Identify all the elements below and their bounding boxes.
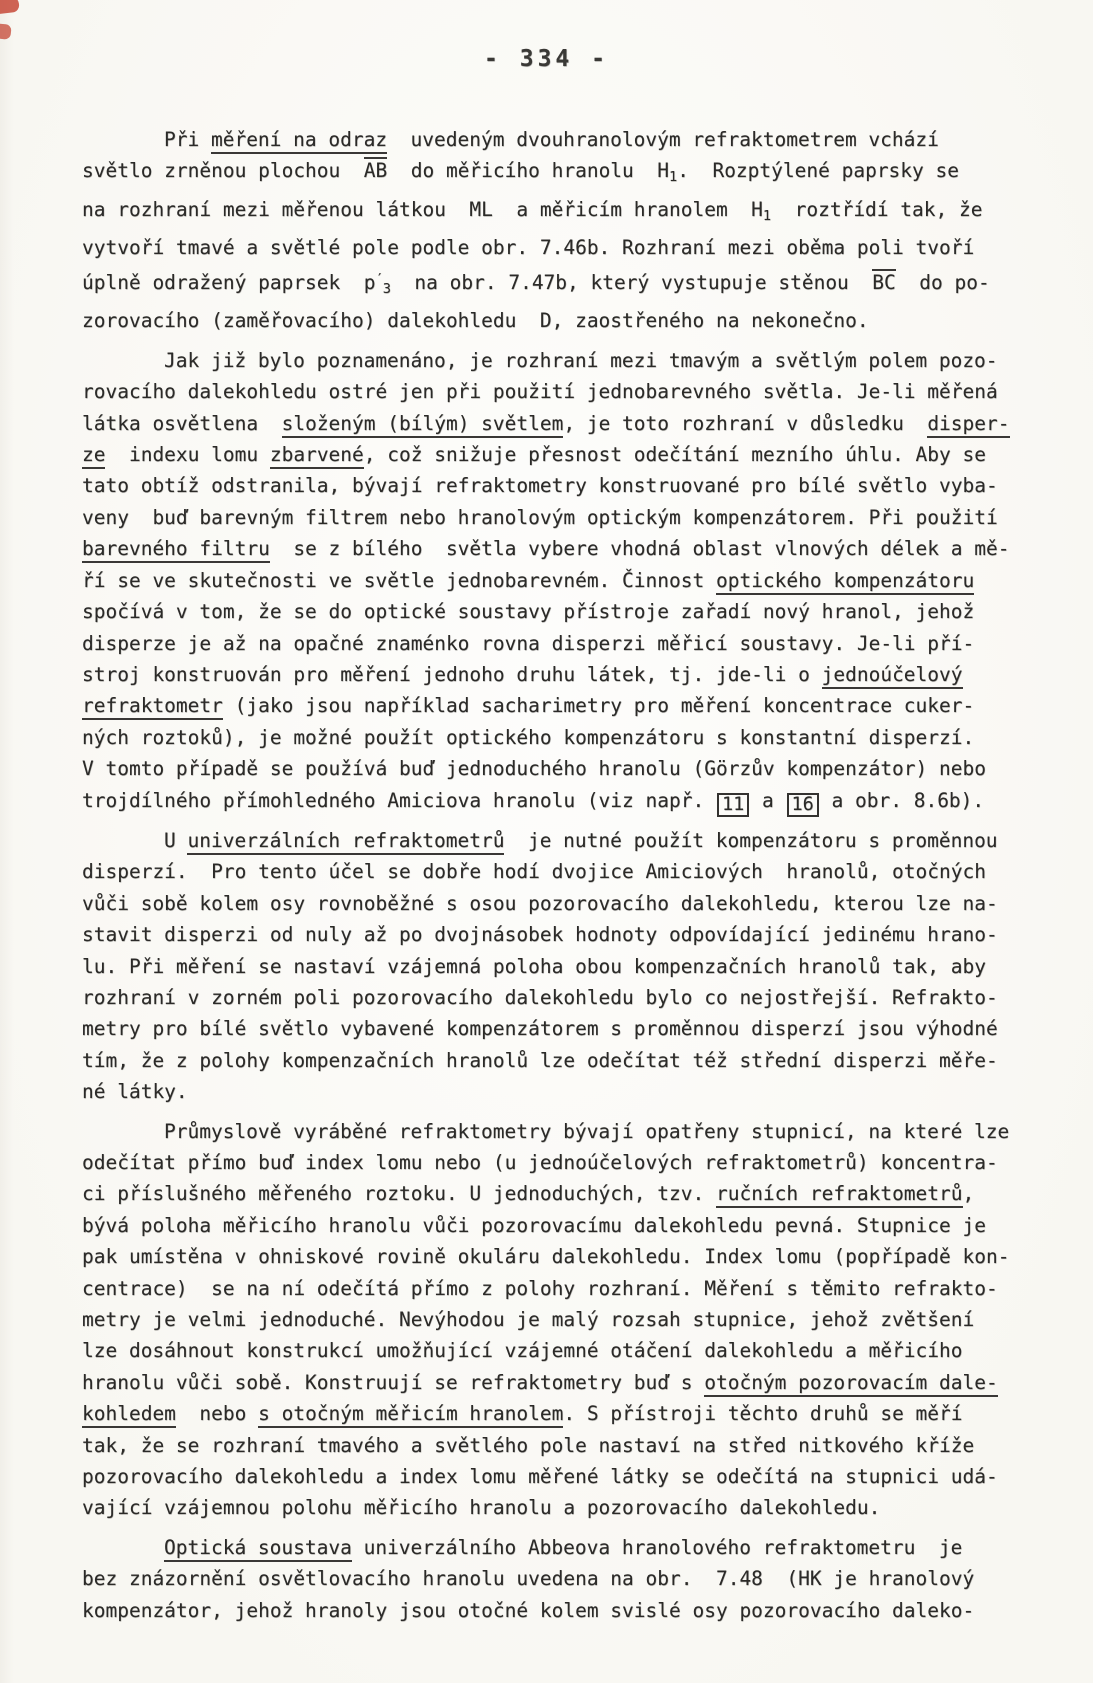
text-run: vající vzájemnou polohu měřicího hranolu… xyxy=(82,1496,880,1519)
text-run: né látky. xyxy=(82,1080,188,1103)
underlined-text: refraktometr xyxy=(82,694,223,720)
text-run: zorovacího (zaměřovacího) dalekohledu D,… xyxy=(82,309,869,332)
text-run: úplně odražený paprsek p xyxy=(82,271,376,294)
text-line: disperze je až na opačné znaménko rovna … xyxy=(82,628,1042,659)
underlined-text: barevného filtru xyxy=(82,537,270,563)
paragraph: Průmyslově vyráběné refraktometry bývají… xyxy=(82,1116,1042,1524)
page-number: - 334 - xyxy=(0,46,1093,72)
text-run: . Rozptýlené paprsky se xyxy=(677,159,959,182)
underlined-text: Optická soustava xyxy=(164,1536,352,1562)
scanned-page: - 334 - Při měření na odraz uvedeným dvo… xyxy=(0,0,1093,1683)
text-line: tak, že se rozhraní tmavého a světlého p… xyxy=(82,1430,1042,1461)
text-run: Při xyxy=(164,128,211,151)
text-line: Optická soustava univerzálního Abbeova h… xyxy=(82,1532,1042,1563)
subscript-text: 1 xyxy=(669,170,677,186)
text-run: světlo zrněnou plochou xyxy=(82,159,364,182)
underlined-text: optického kompenzátoru xyxy=(716,569,974,595)
text-line: Při měření na odraz uvedeným dvouhranolo… xyxy=(82,124,1042,155)
text-line: tím, že z polohy kompenzačních hranolů l… xyxy=(82,1045,1042,1076)
text-run: stavit disperzi od nuly až po dvojnásobe… xyxy=(82,923,998,946)
text-run: Jak již bylo poznamenáno, je rozhraní me… xyxy=(164,349,998,372)
text-run: stroj konstruován pro měření jednoho dru… xyxy=(82,663,822,686)
text-line: vytvoří tmavé a světlé pole podle obr. 7… xyxy=(82,232,1042,263)
text-line: trojdílného přímohledného Amiciova hrano… xyxy=(82,785,1042,817)
text-line: stavit disperzi od nuly až po dvojnásobe… xyxy=(82,919,1042,950)
text-line: barevného filtru se z bílého světla vybe… xyxy=(82,533,1042,564)
text-run: univerzálního Abbeova hranolového refrak… xyxy=(352,1536,962,1559)
text-run: hranolu vůči sobě. Konstruují se refrakt… xyxy=(82,1371,704,1394)
text-line: lze dosáhnout konstrukcí umožňující vzáj… xyxy=(82,1335,1042,1366)
text-line: Jak již bylo poznamenáno, je rozhraní me… xyxy=(82,345,1042,376)
paragraph: U univerzálních refraktometrů je nutné p… xyxy=(82,825,1042,1108)
text-run: tím, že z polohy kompenzačních hranolů l… xyxy=(82,1049,998,1072)
text-line: kohledem nebo s otočným měřicím hranolem… xyxy=(82,1398,1042,1429)
text-line: rovacího dalekohledu ostré jen při použi… xyxy=(82,376,1042,407)
text-run: rovacího dalekohledu ostré jen při použi… xyxy=(82,380,998,403)
text-line: U univerzálních refraktometrů je nutné p… xyxy=(82,825,1042,856)
text-line: ří se ve skutečnosti ve světle jednobare… xyxy=(82,565,1042,596)
text-line: V tomto případě se používá buď jednoduch… xyxy=(82,753,1042,784)
text-run: a xyxy=(750,789,785,812)
reference-box: 11 xyxy=(717,793,749,817)
text-run: kompenzátor, jehož hranoly jsou otočné k… xyxy=(82,1599,974,1622)
underlined-text: jednoúčelový xyxy=(822,663,963,689)
text-run: indexu lomu xyxy=(105,443,269,466)
text-run: na rozhraní mezi měřenou látkou ML a měř… xyxy=(82,198,763,221)
text-run: lze dosáhnout konstrukcí umožňující vzáj… xyxy=(82,1339,963,1362)
text-run: a obr. 8.6b). xyxy=(820,789,984,812)
text-run: se z bílého světla vybere vhodná oblast … xyxy=(270,537,1010,560)
text-run: disperzí. Pro tento účel se dobře hodí d… xyxy=(82,860,986,883)
underlined-text: ze xyxy=(82,443,105,469)
text-run: na obr. 7.47b, který vystupuje stěnou xyxy=(391,271,872,294)
text-line: pozorovacího dalekohledu a index lomu mě… xyxy=(82,1461,1042,1492)
text-line: kompenzátor, jehož hranoly jsou otočné k… xyxy=(82,1595,1042,1626)
reference-box: 16 xyxy=(787,793,819,817)
text-line: ných roztoků), je možné použít optického… xyxy=(82,722,1042,753)
text-line: látka osvětlena složeným (bílým) světlem… xyxy=(82,408,1042,439)
text-line: pak umístěna v ohniskové rovině okuláru … xyxy=(82,1241,1042,1272)
underlined-text: měření na odraz xyxy=(211,128,387,154)
text-line: vůči sobě kolem osy rovnoběžné s osou po… xyxy=(82,888,1042,919)
text-run: ných roztoků), je možné použít optického… xyxy=(82,726,974,749)
text-line: světlo zrněnou plochou AB do měřicího hr… xyxy=(82,155,1042,194)
paragraph: Optická soustava univerzálního Abbeova h… xyxy=(82,1532,1042,1626)
text-run: vytvoří tmavé a světlé pole podle obr. 7… xyxy=(82,236,974,259)
text-run: nebo xyxy=(176,1402,258,1425)
text-line: lu. Při měření se nastaví vzájemná poloh… xyxy=(82,951,1042,982)
text-line: zorovacího (zaměřovacího) dalekohledu D,… xyxy=(82,305,1042,336)
text-run: uvedeným dvouhranolovým refraktometrem v… xyxy=(387,128,939,151)
text-run: látka osvětlena xyxy=(82,412,282,435)
text-run: do po- xyxy=(896,271,990,294)
text-line: bývá poloha měřicího hranolu vůči pozoro… xyxy=(82,1210,1042,1241)
text-line: rozhraní v zorném poli pozorovacího dale… xyxy=(82,982,1042,1013)
superscript-text: ′ xyxy=(376,271,383,287)
overlined-text: BC xyxy=(872,269,895,294)
underlined-text: zbarvené xyxy=(270,443,364,469)
text-run: centrace) se na ní odečítá přímo z poloh… xyxy=(82,1277,998,1300)
underlined-text: univerzálních refraktometrů xyxy=(187,829,504,855)
text-run: . S přístroji těchto druhů se měří xyxy=(563,1402,962,1425)
text-run: roztřídí tak, že xyxy=(771,198,982,221)
text-line: Průmyslově vyráběné refraktometry bývají… xyxy=(82,1116,1042,1147)
text-line: bez znázornění osvětlovacího hranolu uve… xyxy=(82,1563,1042,1594)
text-run: , xyxy=(963,1182,975,1205)
text-run: pozorovacího dalekohledu a index lomu mě… xyxy=(82,1465,998,1488)
text-run: tak, že se rozhraní tmavého a světlého p… xyxy=(82,1434,974,1457)
text-run: Průmyslově vyráběné refraktometry bývají… xyxy=(164,1120,1009,1143)
text-run: vůči sobě kolem osy rovnoběžné s osou po… xyxy=(82,892,998,915)
text-line: na rozhraní mezi měřenou látkou ML a měř… xyxy=(82,194,1042,233)
text-run: metry pro bílé světlo vybavené kompenzát… xyxy=(82,1017,998,1040)
text-line: hranolu vůči sobě. Konstruují se refrakt… xyxy=(82,1367,1042,1398)
text-line: odečítat přímo buď index lomu nebo (u je… xyxy=(82,1147,1042,1178)
text-line: vající vzájemnou polohu měřicího hranolu… xyxy=(82,1492,1042,1523)
text-line: ci příslušného měřeného roztoku. U jedno… xyxy=(82,1178,1042,1209)
document-body: Při měření na odraz uvedeným dvouhranolo… xyxy=(82,124,1042,1626)
text-run: V tomto případě se používá buď jednoduch… xyxy=(82,757,986,780)
underlined-text: kohledem xyxy=(82,1402,176,1428)
text-run: U xyxy=(164,829,187,852)
text-run: disperze je až na opačné znaménko rovna … xyxy=(82,632,974,655)
text-run: metry je velmi jednoduché. Nevýhodou je … xyxy=(82,1308,974,1331)
text-line: metry je velmi jednoduché. Nevýhodou je … xyxy=(82,1304,1042,1335)
paragraph: Jak již bylo poznamenáno, je rozhraní me… xyxy=(82,345,1042,817)
text-run: lu. Při měření se nastaví vzájemná poloh… xyxy=(82,955,986,978)
underlined-text: složeným (bílým) světlem xyxy=(282,412,564,438)
text-run: , což snižuje přesnost odečítání mezního… xyxy=(364,443,986,466)
text-run: odečítat přímo buď index lomu nebo (u je… xyxy=(82,1151,998,1174)
red-margin-mark xyxy=(0,23,12,40)
text-line: centrace) se na ní odečítá přímo z poloh… xyxy=(82,1273,1042,1304)
text-line: metry pro bílé světlo vybavené kompenzát… xyxy=(82,1013,1042,1044)
text-run: bez znázornění osvětlovacího hranolu uve… xyxy=(82,1567,974,1590)
underlined-text: s otočným měřicím hranolem xyxy=(258,1402,563,1428)
text-line: ze indexu lomu zbarvené, což snižuje pře… xyxy=(82,439,1042,470)
text-run: ří se ve skutečnosti ve světle jednobare… xyxy=(82,569,716,592)
text-line: spočívá v tom, že se do optické soustavy… xyxy=(82,596,1042,627)
subscript-text: 1 xyxy=(763,208,771,224)
text-run: , je toto rozhraní v důsledku xyxy=(563,412,927,435)
overlined-text: AB xyxy=(364,157,387,182)
underlined-text: disper- xyxy=(927,412,1009,438)
text-line: stroj konstruován pro měření jednoho dru… xyxy=(82,659,1042,690)
text-run: trojdílného přímohledného Amiciova hrano… xyxy=(82,789,716,812)
subscript-text: 3 xyxy=(383,281,391,297)
red-margin-mark xyxy=(0,0,20,14)
text-run: (jako jsou například sacharimetry pro mě… xyxy=(223,694,974,717)
text-line: úplně odražený paprsek p′3 na obr. 7.47b… xyxy=(82,264,1042,306)
text-line: refraktometr (jako jsou například sachar… xyxy=(82,690,1042,721)
text-line: tato obtíž odstranila, bývají refraktome… xyxy=(82,470,1042,501)
text-run: bývá poloha měřicího hranolu vůči pozoro… xyxy=(82,1214,986,1237)
underlined-text: ručních refraktometrů xyxy=(716,1182,963,1208)
text-line: veny buď barevným filtrem nebo hranolový… xyxy=(82,502,1042,533)
paragraph: Při měření na odraz uvedeným dvouhranolo… xyxy=(82,124,1042,337)
text-run: ci příslušného měřeného roztoku. U jedno… xyxy=(82,1182,716,1205)
text-run: spočívá v tom, že se do optické soustavy… xyxy=(82,600,974,623)
text-run: pak umístěna v ohniskové rovině okuláru … xyxy=(82,1245,1009,1268)
text-run: do měřicího hranolu H xyxy=(387,159,669,182)
underlined-text: otočným pozorovacím dale- xyxy=(704,1371,998,1397)
text-run: rozhraní v zorném poli pozorovacího dale… xyxy=(82,986,998,1009)
text-run: tato obtíž odstranila, bývají refraktome… xyxy=(82,474,998,497)
text-line: né látky. xyxy=(82,1076,1042,1107)
text-run: veny buď barevným filtrem nebo hranolový… xyxy=(82,506,998,529)
text-line: disperzí. Pro tento účel se dobře hodí d… xyxy=(82,856,1042,887)
text-run: je nutné použít kompenzátoru s proměnnou xyxy=(504,829,997,852)
